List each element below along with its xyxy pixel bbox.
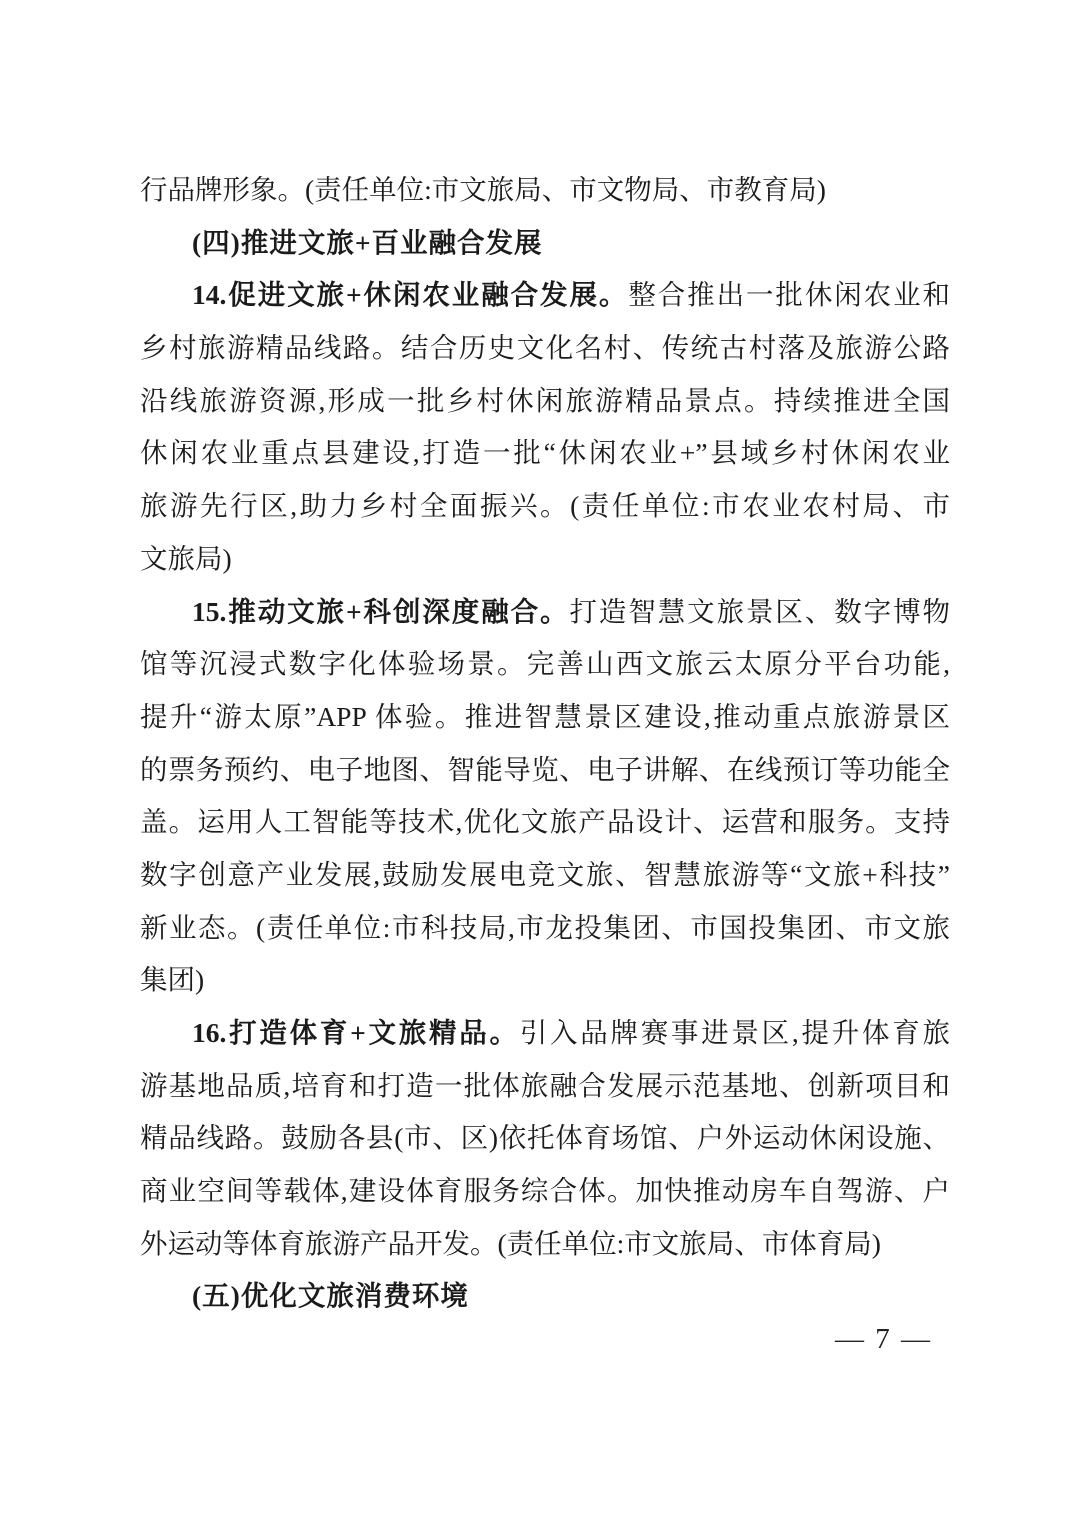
- item-lead: 14.促进文旅+休闲农业融合发展。: [192, 279, 628, 310]
- document-line: 15.推动文旅+科创深度融合。打造智慧文旅景区、数字博物: [140, 586, 950, 639]
- line-text: 精品线路。鼓励各县(市、区)依托体育场馆、户外运动休闲设施、: [140, 1122, 950, 1153]
- heading-text: (五)优化文旅消费环境: [192, 1280, 469, 1311]
- document-line: 数字创意产业发展,鼓励发展电竞文旅、智慧旅游等“文旅+科技”: [140, 849, 950, 902]
- line-text: 引入品牌赛事进景区,提升体育旅: [520, 1017, 950, 1048]
- line-text: 集团): [140, 964, 204, 995]
- line-text: 外运动等体育旅游产品开发。(责任单位:市文旅局、市体育局): [140, 1228, 881, 1259]
- line-text: 新业态。(责任单位:市科技局,市龙投集团、市国投集团、市文旅: [140, 912, 950, 943]
- section-heading: (四)推进文旅+百业融合发展: [140, 217, 950, 270]
- document-line: 集团): [140, 954, 950, 1007]
- document-line: 馆等沉浸式数字化体验场景。完善山西文旅云太原分平台功能,: [140, 638, 950, 691]
- document-line: 休闲农业重点县建设,打造一批“休闲农业+”县域乡村休闲农业: [140, 427, 950, 480]
- document-line: 外运动等体育旅游产品开发。(责任单位:市文旅局、市体育局): [140, 1218, 950, 1271]
- heading-text: (四)推进文旅+百业融合发展: [192, 227, 543, 258]
- line-text: 的票务预约、电子地图、智能导览、电子讲解、在线预订等功能全覆: [140, 754, 950, 797]
- line-text: 游基地品质,培育和打造一批体旅融合发展示范基地、创新项目和: [140, 1070, 950, 1101]
- line-text: 数字创意产业发展,鼓励发展电竞文旅、智慧旅游等“文旅+科技”: [140, 859, 950, 890]
- section-heading: (五)优化文旅消费环境: [140, 1270, 950, 1323]
- line-text: 旅游先行区,助力乡村全面振兴。(责任单位:市农业农村局、市: [140, 490, 950, 521]
- item-lead: 16.打造体育+文旅精品。: [192, 1017, 520, 1048]
- document-line: 旅游先行区,助力乡村全面振兴。(责任单位:市农业农村局、市: [140, 480, 950, 533]
- line-text: 馆等沉浸式数字化体验场景。完善山西文旅云太原分平台功能,: [140, 648, 950, 679]
- document-line: 提升“游太原”APP 体验。推进智慧景区建设,推动重点旅游景区: [140, 691, 950, 744]
- document-line: 行品牌形象。(责任单位:市文旅局、市文物局、市教育局): [140, 164, 950, 217]
- line-text: 整合推出一批休闲农业和: [628, 279, 950, 310]
- document-line: 的票务预约、电子地图、智能导览、电子讲解、在线预订等功能全覆: [140, 744, 950, 797]
- document-line: 新业态。(责任单位:市科技局,市龙投集团、市国投集团、市文旅: [140, 902, 950, 955]
- line-text: 文旅局): [140, 543, 232, 574]
- document-line: 乡村旅游精品线路。结合历史文化名村、传统古村落及旅游公路: [140, 322, 950, 375]
- line-text: 乡村旅游精品线路。结合历史文化名村、传统古村落及旅游公路: [140, 332, 950, 363]
- line-text: 商业空间等载体,建设体育服务综合体。加快推动房车自驾游、户: [140, 1175, 950, 1206]
- item-lead: 15.推动文旅+科创深度融合。: [192, 596, 569, 627]
- document-line: 沿线旅游资源,形成一批乡村休闲旅游精品景点。持续推进全国: [140, 375, 950, 428]
- line-text: 休闲农业重点县建设,打造一批“休闲农业+”县域乡村休闲农业: [140, 437, 950, 468]
- line-text: 提升“游太原”APP 体验。推进智慧景区建设,推动重点旅游景区: [140, 701, 950, 732]
- document-line: 16.打造体育+文旅精品。引入品牌赛事进景区,提升体育旅: [140, 1007, 950, 1060]
- document-body: 行品牌形象。(责任单位:市文旅局、市文物局、市教育局) (四)推进文旅+百业融合…: [140, 164, 950, 1323]
- document-line: 文旅局): [140, 533, 950, 586]
- document-line: 盖。运用人工智能等技术,优化文旅产品设计、运营和服务。支持: [140, 796, 950, 849]
- document-line: 14.促进文旅+休闲农业融合发展。整合推出一批休闲农业和: [140, 269, 950, 322]
- document-line: 精品线路。鼓励各县(市、区)依托体育场馆、户外运动休闲设施、: [140, 1112, 950, 1165]
- line-text: 盖。运用人工智能等技术,优化文旅产品设计、运营和服务。支持: [140, 806, 950, 837]
- line-text: 沿线旅游资源,形成一批乡村休闲旅游精品景点。持续推进全国: [140, 385, 950, 416]
- page-number: — 7 —: [835, 1318, 932, 1360]
- document-line: 商业空间等载体,建设体育服务综合体。加快推动房车自驾游、户: [140, 1165, 950, 1218]
- document-page: 行品牌形象。(责任单位:市文旅局、市文物局、市教育局) (四)推进文旅+百业融合…: [0, 0, 1080, 1529]
- line-text: 打造智慧文旅景区、数字博物: [569, 596, 950, 627]
- line-text: 行品牌形象。(责任单位:市文旅局、市文物局、市教育局): [140, 174, 826, 205]
- document-line: 游基地品质,培育和打造一批体旅融合发展示范基地、创新项目和: [140, 1060, 950, 1113]
